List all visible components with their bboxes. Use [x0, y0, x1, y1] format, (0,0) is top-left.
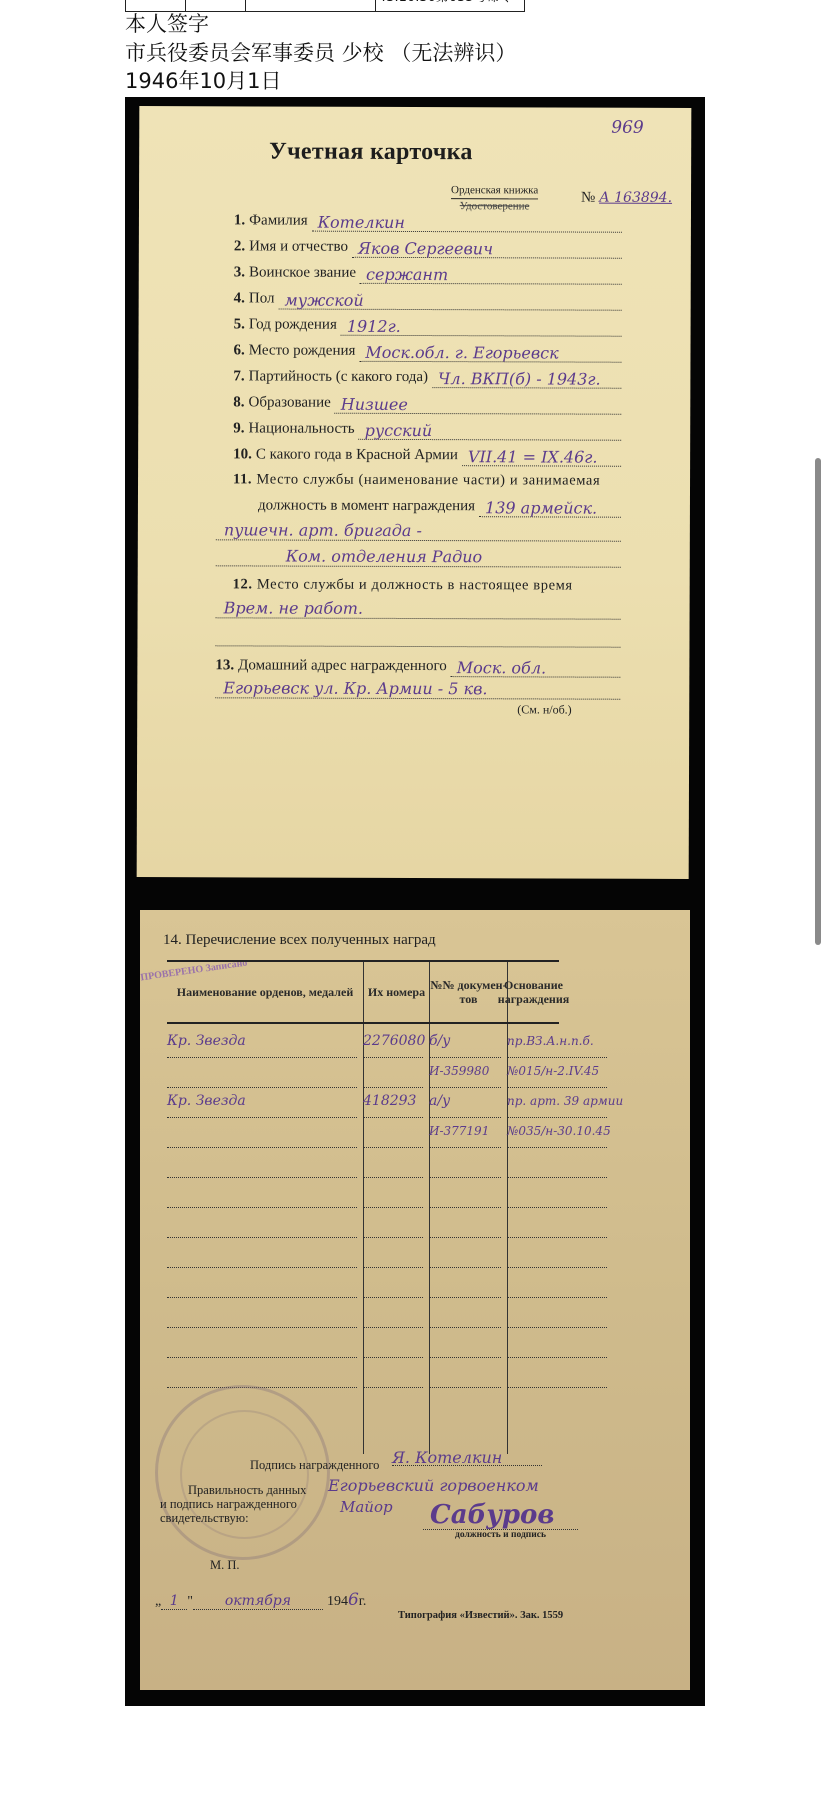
certify-label-3: свидетельствую:	[160, 1511, 249, 1526]
field-army-years: 10.С какого года в Красной АрмииVII.41 =…	[233, 443, 621, 466]
order-book-number: № А 163894.	[581, 190, 672, 207]
see-reverse-note: (См. н/об.)	[517, 702, 572, 717]
table-row: Кр. Звезда 2276080 б/у пр.ВЗ.А.н.п.б.	[167, 1028, 559, 1058]
recipient-signature: Я. Котелкин	[392, 1448, 542, 1466]
field-rank: 3.Воинское званиесержант	[234, 261, 622, 284]
awards-section-title: 14. Перечисление всех полученных наград	[163, 932, 436, 949]
table-row: И-377191 №035/н-30.10.45	[167, 1118, 559, 1148]
field-party: 7.Партийность (с какого года)Чл. ВКП(б) …	[233, 365, 621, 388]
table-row: Кр. Звезда 418293 а/у пр. арт. 39 армии	[167, 1088, 559, 1118]
registration-card-front: 969 Учетная карточка Орденская книжка Уд…	[137, 106, 692, 879]
caption-date: 1946年10月1日	[125, 67, 282, 95]
field-12-value-1: Врем. не работ.	[216, 599, 621, 619]
table-row	[167, 1238, 559, 1268]
caption-signature-label: 本人签字	[125, 10, 209, 38]
printer-imprint: Типография «Известий». Зак. 1559	[398, 1610, 563, 1621]
field-birth-year: 5.Год рождения1912г.	[234, 313, 622, 336]
field-surname: 1.ФамилияКотелкин	[234, 209, 622, 232]
field-11-value-1: должность в момент награждения139 армейс…	[258, 494, 621, 517]
caption-official: 市兵役委员会军事委员 少校 （无法辨识）	[125, 39, 516, 67]
official-rank: Майор	[340, 1498, 393, 1516]
card-title: Учетная карточка	[269, 138, 473, 166]
registration-card-back: 14. Перечисление всех полученных наград …	[140, 910, 690, 1690]
awards-table-header: Наименование орденов, медалей Их номера …	[167, 960, 559, 1024]
issue-date: „ 1 " октября 194 6 г.	[155, 1590, 366, 1610]
seal-place-label: М. П.	[210, 1558, 240, 1573]
table-cell	[246, 0, 376, 11]
table-row	[167, 1358, 559, 1388]
field-nationality: 9.Национальностьрусский	[233, 417, 621, 440]
table-cell: 43.10.30第035号命令	[376, 0, 524, 11]
table-row: И-359980 №015/н-2.IV.45	[167, 1058, 559, 1088]
field-13-value-2: Егорьевск ул. Кр. Армии - 5 кв.	[215, 679, 620, 699]
field-name-patronymic: 2.Имя и отчествоЯков Сергеевич	[234, 235, 622, 258]
field-birth-place: 6.Место рожденияМоск.обл. г. Егорьевск	[233, 339, 621, 362]
table-row	[167, 1178, 559, 1208]
table-row	[167, 1298, 559, 1328]
recipient-signature-label: Подпись награжденного	[250, 1458, 379, 1473]
table-row	[167, 1328, 559, 1358]
order-book-label: Орденская книжка Удостоверение	[451, 183, 538, 213]
field-12-value-2	[215, 627, 620, 647]
field-12-label: 12. Место службы и должность в настоящее…	[233, 573, 628, 596]
certify-label-1: Правильность данных	[188, 1483, 306, 1498]
field-11-value-3: Ком. отделения Радио	[216, 547, 621, 567]
document-scan: 969 Учетная карточка Орденская книжка Уд…	[125, 97, 705, 1706]
column-header-number: Их номера	[363, 962, 429, 1022]
table-row	[167, 1148, 559, 1178]
certify-label-2: и подпись награжденного	[160, 1497, 297, 1512]
official-signature: Сабуров	[430, 1500, 554, 1530]
vertical-scrollbar[interactable]	[815, 458, 821, 945]
column-header-document: №№ докумен- тов	[429, 962, 507, 1022]
field-sex: 4.Полмужской	[234, 287, 622, 310]
column-header-basis: Основание награждения	[507, 962, 559, 1022]
table-row	[167, 1208, 559, 1238]
table-row	[167, 1268, 559, 1298]
field-13: 13.Домашний адрес награжденногоМоск. обл…	[215, 654, 620, 677]
field-education: 8.ОбразованиеНизшее	[233, 391, 621, 414]
official-position: Егорьевский горвоенком	[328, 1476, 539, 1495]
position-signature-caption: должность и подпись	[423, 1529, 578, 1540]
awards-table: Наименование орденов, медалей Их номера …	[167, 960, 559, 1454]
page-number: 969	[611, 118, 644, 138]
field-11-value-2: пушечн. арт. бригада -	[216, 521, 621, 541]
column-header-award: Наименование орденов, медалей	[167, 962, 363, 1022]
field-11-label: 11. Место службы (наименование части) и …	[233, 468, 628, 491]
